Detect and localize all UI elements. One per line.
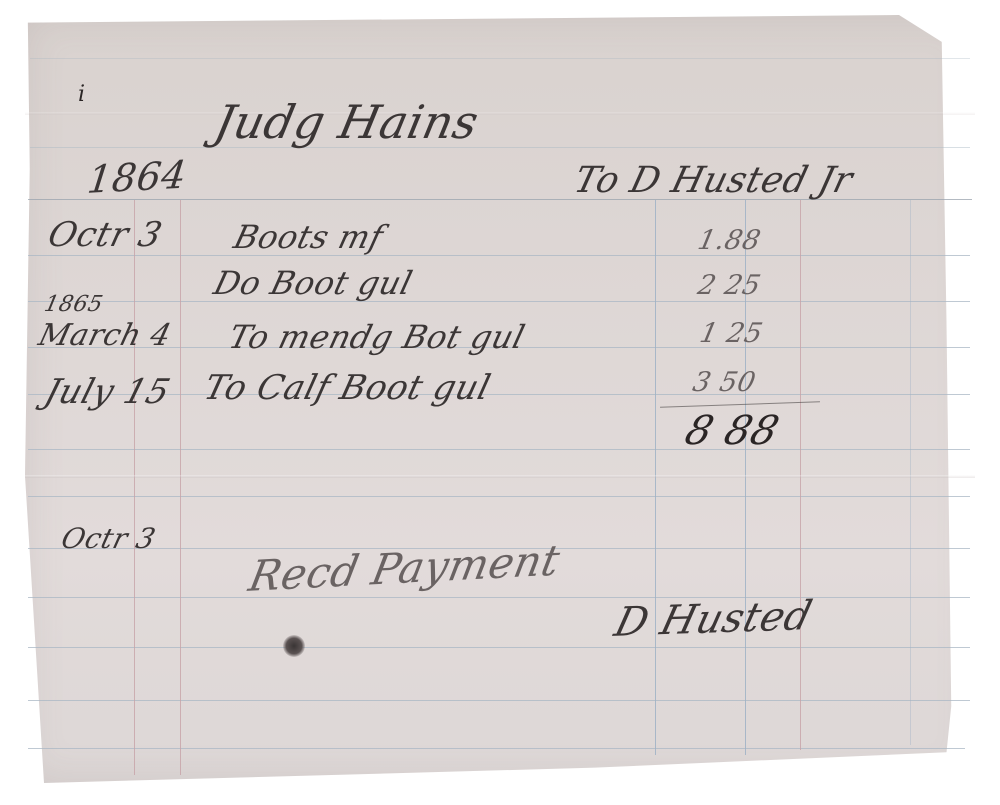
footer-date-note: Octr 3 <box>58 522 159 555</box>
entry-amount: 1 25 <box>697 318 766 349</box>
entry-description: Boots mf <box>230 218 387 256</box>
customer-name: Judg Hains <box>210 95 484 149</box>
entry-date: March 4 <box>35 318 175 353</box>
entry-description: To Calf Boot gul <box>200 368 495 408</box>
paper-fold <box>25 112 975 115</box>
receipt-paper <box>25 15 975 783</box>
entry-date: July 15 <box>40 372 175 412</box>
creditor-name: To D Husted Jr <box>570 160 857 201</box>
entry-description: To mendg Bot gul <box>225 318 529 356</box>
entry-year-note: 1865 <box>42 292 105 317</box>
paper-fold <box>25 475 975 478</box>
year-heading: 1864 <box>85 152 189 202</box>
signature: D Husted <box>610 593 817 646</box>
ink-smudge <box>283 635 305 657</box>
entry-amount: 3 50 <box>690 367 759 398</box>
entry-amount: 1.88 <box>695 225 764 256</box>
total-amount: 8 88 <box>680 408 784 454</box>
corner-mark: i <box>78 82 86 107</box>
entry-amount: 2 25 <box>695 270 764 301</box>
entry-date: Octr 3 <box>44 215 166 255</box>
entry-description: Do Boot gul <box>210 264 416 302</box>
